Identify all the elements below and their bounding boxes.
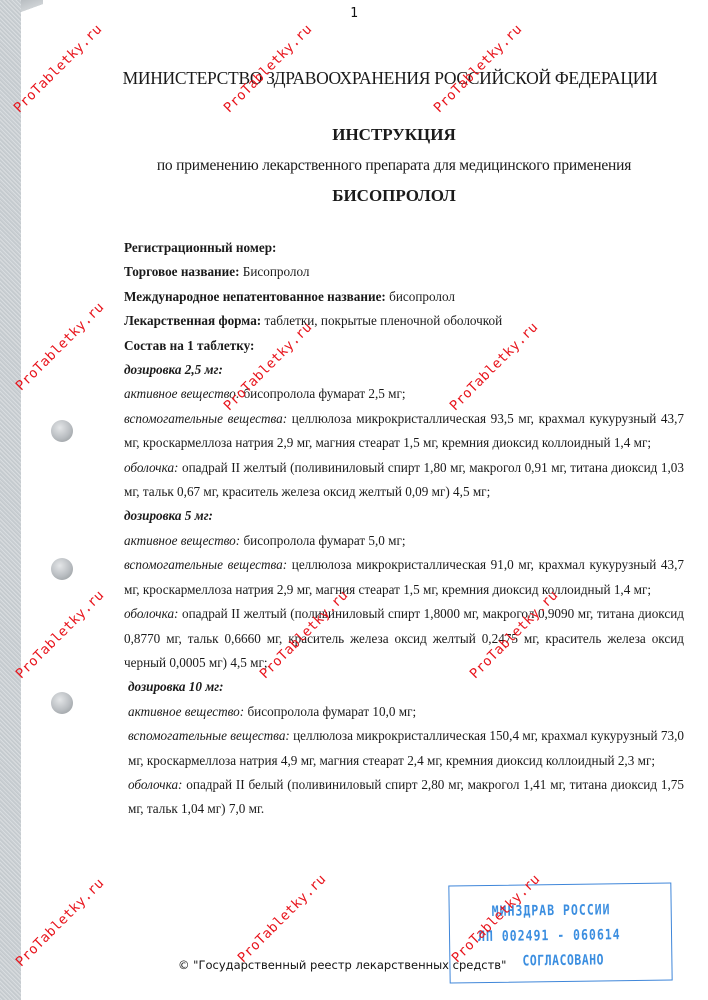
coating: оболочка: опадрай II белый (поливиниловы… — [128, 773, 684, 822]
excipients: вспомогательные вещества: целлюлоза микр… — [124, 553, 684, 602]
coating: оболочка: опадрай II желтый (поливинилов… — [124, 456, 684, 505]
inn-name: Международное непатентованное название: … — [124, 285, 684, 309]
active-substance: активное вещество: бисопролола фумарат 1… — [128, 700, 684, 724]
punch-hole — [51, 558, 73, 580]
dosage-heading: дозировка 2,5 мг: — [124, 358, 684, 382]
stamp-approved: СОГЛАСОВАНО — [522, 951, 604, 970]
excipients: вспомогательные вещества: целлюлоза микр… — [124, 407, 684, 456]
excipients: вспомогательные вещества: целлюлоза микр… — [128, 724, 684, 773]
page-number: 1 — [0, 6, 708, 21]
document-subtitle: по применению лекарственного препарата д… — [0, 157, 708, 175]
stamp-registration: ЛП 002491 - 060614 — [478, 925, 621, 944]
composition-heading: Состав на 1 таблетку: — [124, 334, 684, 358]
active-substance: активное вещество: бисопролола фумарат 2… — [124, 382, 684, 406]
dosage-section: дозировка 10 мг: активное вещество: бисо… — [124, 675, 684, 821]
punch-hole — [51, 692, 73, 714]
watermark: ProTabletky.ru — [13, 299, 108, 394]
dosage-section: дозировка 2,5 мг: активное вещество: бис… — [124, 358, 684, 504]
punch-hole — [51, 420, 73, 442]
ministry-heading: МИНИСТЕРСТВО ЗДРАВООХРАНЕНИЯ РОССИЙСКОЙ … — [0, 68, 708, 89]
coating: оболочка: опадрай II желтый (поливинилов… — [124, 602, 684, 675]
registration-number: Регистрационный номер: — [124, 236, 684, 260]
watermark: ProTabletky.ru — [13, 587, 108, 682]
document-title: ИНСТРУКЦИЯ — [0, 125, 708, 145]
trade-name: Торговое название: Бисопролол — [124, 260, 684, 284]
watermark: ProTabletky.ru — [13, 875, 108, 970]
active-substance: активное вещество: бисопролола фумарат 5… — [124, 529, 684, 553]
document-body: Регистрационный номер: Торговое название… — [124, 236, 684, 822]
dosage-form: Лекарственная форма: таблетки, покрытые … — [124, 309, 684, 333]
dosage-heading: дозировка 10 мг: — [128, 675, 684, 699]
drug-name: БИСОПРОЛОЛ — [0, 186, 708, 206]
scan-left-edge — [0, 0, 21, 1000]
dosage-section: дозировка 5 мг: активное вещество: бисоп… — [124, 504, 684, 675]
dosage-heading: дозировка 5 мг: — [124, 504, 684, 528]
watermark: ProTabletky.ru — [235, 871, 330, 966]
